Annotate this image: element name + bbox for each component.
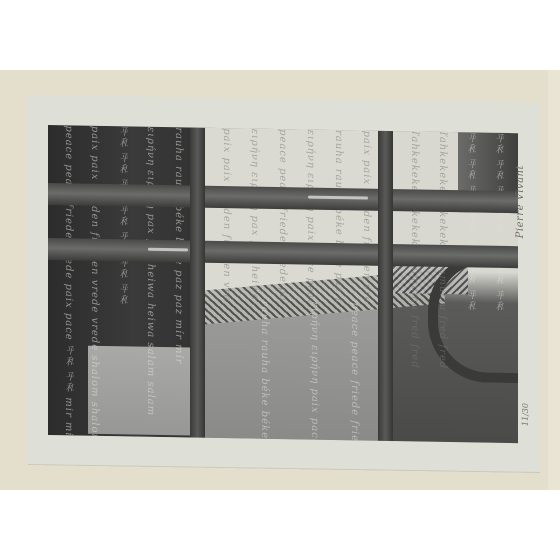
inscription-column: peace peace friede friede paix pace 平和 平… xyxy=(52,125,74,435)
vertical-mullion xyxy=(378,131,393,441)
inscription-column: 平和 平和 平和 平和 平和 平和 平和 xyxy=(454,132,476,442)
inscription-column: rauha rauha béke béke paz paz mír mír xyxy=(322,130,344,302)
inscription-column: ľahkekekeke kekeke mumumu fred fred xyxy=(426,132,448,442)
inscription-column: rauha rauha béke béke paz paz mír mír xyxy=(248,300,270,438)
inscription-column: peace peace friede friede paix pace 平和 平… xyxy=(266,129,288,301)
inscription-column: ειρήνη ειρήνη pax pax heiwa heiwa salam … xyxy=(134,127,156,437)
inscription-column: ειρήνη ειρήνη pax pax heiwa heiwa salam … xyxy=(238,128,260,300)
inscription-column: paix paix frieden frieden vrede vrede sh… xyxy=(350,130,372,302)
photograph: peace peace friede friede paix pace 平和 平… xyxy=(48,125,518,443)
inscription-column: 平和 平和 平和 平和 平和 平和 平和 xyxy=(482,133,504,443)
backing-board-edge xyxy=(548,70,560,490)
vertical-mullion xyxy=(190,127,205,437)
artist-signature: Pierre Vivant xyxy=(515,165,526,238)
inscription-column: ľahkekekeke kekeke mumumu fred fred xyxy=(398,131,420,441)
inscription-column: ειρήνη ειρήνη paix pace peace xyxy=(298,301,320,439)
inscription-column: ειρήνη ειρήνη paix pace peace xyxy=(294,129,316,301)
edition-number: 11/30 xyxy=(521,403,530,426)
inscription-column: paix paix frieden frieden vrede vrede sh… xyxy=(78,126,100,436)
inscription-column: peace peace friede friede paix pace 平和 平… xyxy=(338,302,360,440)
inscription-column: 平和 平和 平和 平和 平和 平和 平和 xyxy=(106,126,128,436)
inscription-column: rauha rauha béke béke paz paz mír mír xyxy=(162,127,184,437)
inscription-column: paix paix frieden frieden vrede vrede sh… xyxy=(210,128,232,300)
